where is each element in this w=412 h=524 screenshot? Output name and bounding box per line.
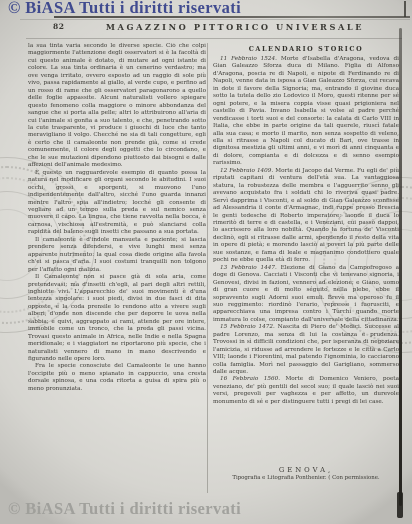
scan-binding-shadow bbox=[399, 28, 402, 506]
calendar-entry-date: 16 Febbraio 1560. bbox=[220, 376, 285, 382]
scan-edge-mark-top bbox=[404, 1, 406, 17]
calendar-entry-date: 12 Febbraio 1409. bbox=[220, 168, 275, 174]
calendar-entry: 15 Febbraio 1472. Nascita di Piero de' M… bbox=[213, 324, 399, 376]
calendar-entry-date: 11 Febbraio 1524. bbox=[220, 56, 281, 62]
column-divider bbox=[207, 43, 208, 493]
left-column: la sua tinta varia secondo le diverse sp… bbox=[28, 43, 206, 492]
article-paragraph: Il Camaleonte non si pasce già di sola a… bbox=[28, 274, 206, 363]
calendar-entry-date: 13 Febbraio 1447. bbox=[220, 265, 281, 271]
scanned-page: © BiASA Tutti i diritti riservati 82 MAG… bbox=[0, 0, 412, 524]
calendar-entries: 11 Febbraio 1524. Morte d'Isabella d'Ara… bbox=[213, 56, 399, 463]
article-paragraph: È questo un ragguardevole esempio di qua… bbox=[28, 170, 206, 237]
imprint-place: GENOVA, bbox=[213, 466, 399, 474]
calendar-entry: 16 Febbraio 1560. Morte di Domenico Veni… bbox=[213, 376, 399, 406]
imprint-line: Tipografia e Litografia Ponthenier. ( Co… bbox=[213, 475, 399, 481]
header-underline bbox=[26, 38, 402, 39]
calendar-entry: 13 Febbraio 1447. Elezione di Giano da C… bbox=[213, 265, 399, 325]
page-top-edge-faint-line bbox=[20, 19, 410, 20]
page-number: 82 bbox=[53, 22, 64, 31]
right-column: CALENDARIO STORICO 11 Febbraio 1524. Mor… bbox=[213, 43, 399, 493]
article-paragraph: la sua tinta varia secondo le diverse sp… bbox=[28, 43, 206, 170]
calendar-entry: 12 Febbraio 1409. Morte di Jacopo dal Ve… bbox=[213, 168, 399, 265]
watermark-bottom: © BiASA Tutti i diritti riservati bbox=[8, 499, 241, 519]
page-title: MAGAZZINO PITTORICO UNIVERSALE bbox=[100, 22, 370, 32]
scan-edge-mark-bottom bbox=[397, 492, 403, 518]
article-paragraph: Fra le specie conosciute del Camaleonte … bbox=[28, 363, 206, 393]
imprint-block: GENOVA, Tipografia e Litografia Pontheni… bbox=[213, 466, 399, 481]
calendar-entry: 11 Febbraio 1524. Morte d'Isabella d'Ara… bbox=[213, 56, 399, 168]
calendar-entry-date: 15 Febbraio 1472. bbox=[220, 324, 278, 330]
page-top-edge-line bbox=[54, 16, 410, 18]
article-paragraph: Il camaleonte è d'indole mansueta e pazi… bbox=[28, 237, 206, 274]
section-heading: CALENDARIO STORICO bbox=[213, 45, 399, 53]
